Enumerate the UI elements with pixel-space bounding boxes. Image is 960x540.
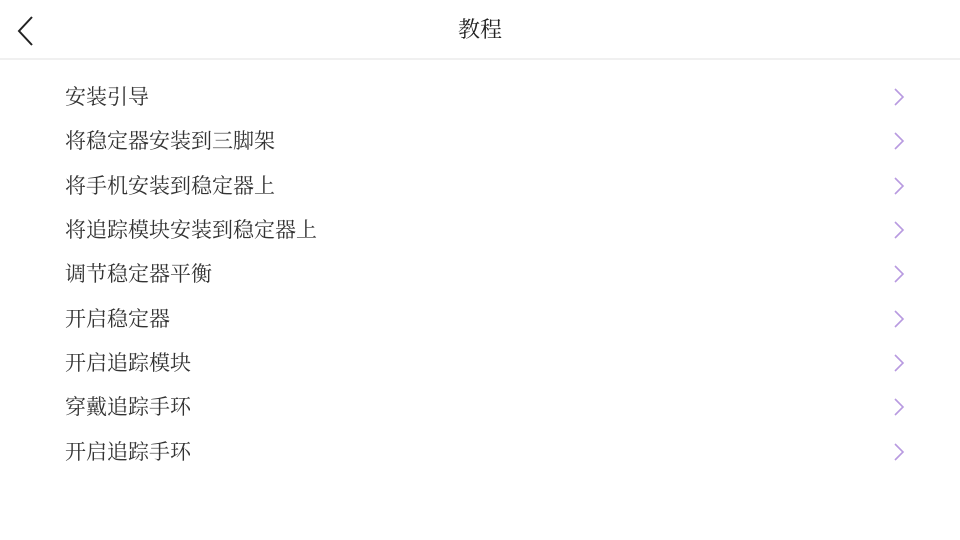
list-item-label: 开启稳定器 [65,304,170,334]
list-item[interactable]: 开启稳定器 [0,296,960,340]
list-item-label: 调节稳定器平衡 [65,259,212,289]
chevron-right-icon [890,131,908,151]
chevron-right-icon [890,220,908,240]
list-item-label: 开启追踪模块 [65,348,191,378]
page-title: 教程 [0,16,960,46]
list-item[interactable]: 穿戴追踪手环 [0,385,960,429]
list-item-label: 将手机安装到稳定器上 [65,171,275,201]
chevron-right-icon [890,397,908,417]
list-item[interactable]: 将手机安装到稳定器上 [0,164,960,208]
list-item[interactable]: 调节稳定器平衡 [0,252,960,296]
chevron-right-icon [890,309,908,329]
chevron-right-icon [890,87,908,107]
list-item[interactable]: 安装引导 [0,75,960,119]
list-item[interactable]: 开启追踪手环 [0,429,960,473]
list-item-label: 安装引导 [65,82,149,112]
chevron-right-icon [890,442,908,462]
list-item-label: 将追踪模块安装到稳定器上 [65,215,317,245]
list-item[interactable]: 将稳定器安装到三脚架 [0,119,960,163]
list-item-label: 开启追踪手环 [65,437,191,467]
tutorial-list: 安装引导 将稳定器安装到三脚架 将手机安装到稳定器上 将追踪模块安装到稳定器上 … [0,75,960,474]
chevron-right-icon [890,264,908,284]
header-bar: 教程 [0,0,960,60]
chevron-right-icon [890,176,908,196]
list-item-label: 穿戴追踪手环 [65,392,191,422]
list-item[interactable]: 将追踪模块安装到稳定器上 [0,208,960,252]
list-item-label: 将稳定器安装到三脚架 [65,126,275,156]
list-item[interactable]: 开启追踪模块 [0,341,960,385]
chevron-right-icon [890,353,908,373]
